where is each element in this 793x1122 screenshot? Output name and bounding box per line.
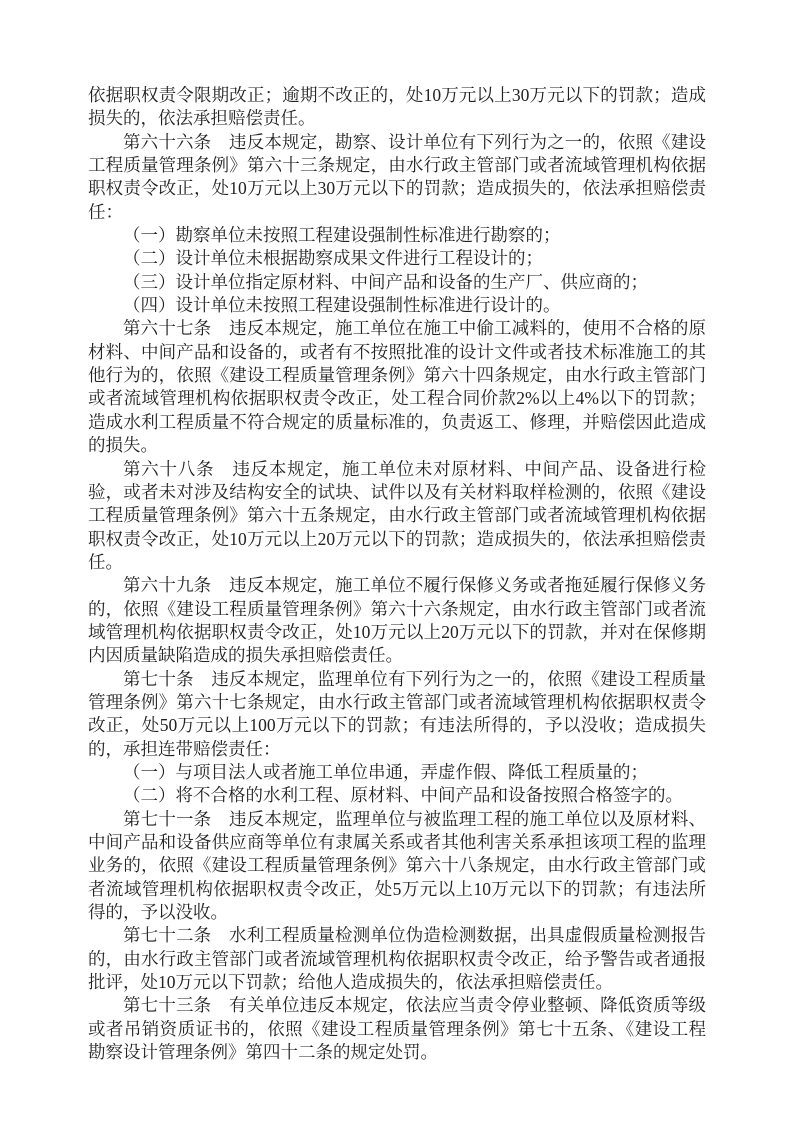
paragraph: （三）设计单位指定原材料、中间产品和设备的生产厂、供应商的； xyxy=(88,271,706,294)
paragraph: 第七十二条 水利工程质量检测单位伪造检测数据，出具虚假质量检测报告的，由水行政主… xyxy=(88,924,706,994)
paragraph: （二）将不合格的水利工程、原材料、中间产品和设备按照合格签字的。 xyxy=(88,784,706,807)
paragraph: （二）设计单位未根据勘察成果文件进行工程设计的； xyxy=(88,247,706,270)
document-page: 依据职权责令限期改正；逾期不改正的，处10万元以上30万元以下的罚款；造成损失的… xyxy=(0,0,793,1122)
paragraph: （一）勘察单位未按照工程建设强制性标准进行勘察的； xyxy=(88,224,706,247)
paragraph: 第七十条 违反本规定，监理单位有下列行为之一的，依照《建设工程质量管理条例》第六… xyxy=(88,668,706,761)
paragraph: 第七十一条 违反本规定，监理单位与被监理工程的施工单位以及原材料、中间产品和设备… xyxy=(88,808,706,925)
paragraph: （一）与项目法人或者施工单位串通，弄虚作假、降低工程质量的； xyxy=(88,761,706,784)
paragraph: 第六十七条 违反本规定，施工单位在施工中偷工减料的，使用不合格的原材料、中间产品… xyxy=(88,317,706,457)
paragraph: 第六十八条 违反本规定，施工单位未对原材料、中间产品、设备进行检验，或者未对涉及… xyxy=(88,458,706,575)
document-body: 依据职权责令限期改正；逾期不改正的，处10万元以上30万元以下的罚款；造成损失的… xyxy=(88,84,706,1064)
paragraph: 第七十三条 有关单位违反本规定，依法应当责令停业整顿、降低资质等级或者吊销资质证… xyxy=(88,994,706,1064)
paragraph: 第六十九条 违反本规定，施工单位不履行保修义务或者拖延履行保修义务的，依照《建设… xyxy=(88,574,706,667)
paragraph: 依据职权责令限期改正；逾期不改正的，处10万元以上30万元以下的罚款；造成损失的… xyxy=(88,84,706,131)
paragraph: 第六十六条 违反本规定，勘察、设计单位有下列行为之一的，依照《建设工程质量管理条… xyxy=(88,131,706,224)
paragraph: （四）设计单位未按照工程建设强制性标准进行设计的。 xyxy=(88,294,706,317)
